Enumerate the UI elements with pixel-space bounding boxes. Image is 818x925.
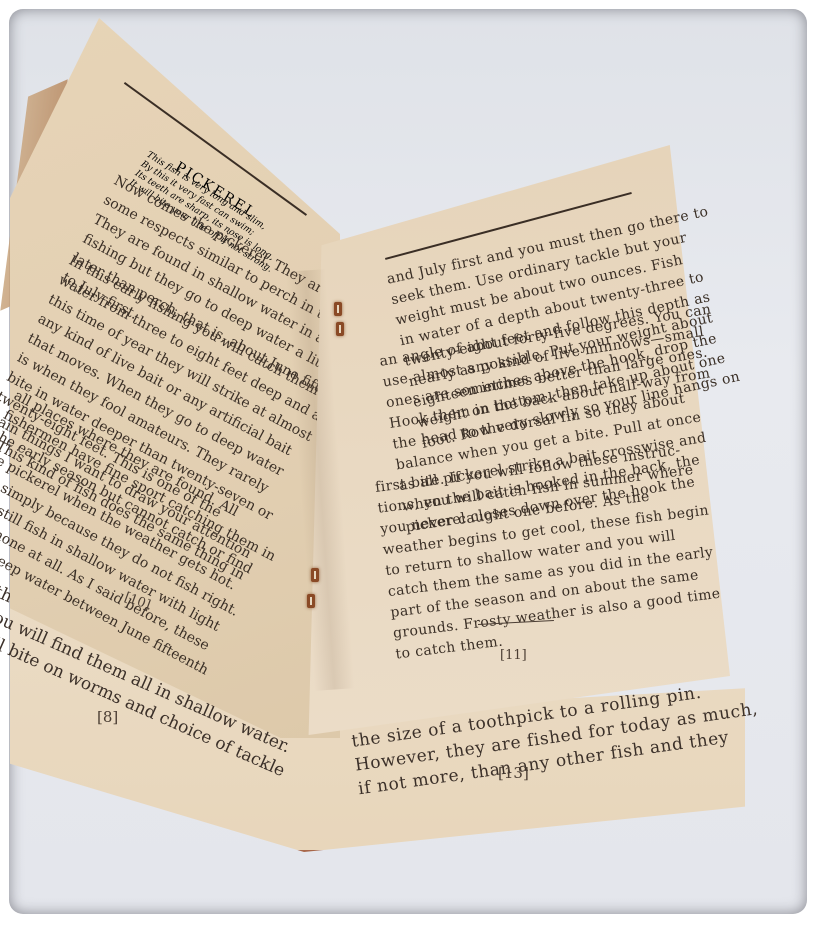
right-page-body: first bite. If you will follow these ins… — [374, 443, 685, 666]
frame-corner-decoration — [799, 906, 807, 914]
page-number-8: [8] — [97, 708, 118, 726]
staple-icon — [307, 594, 315, 608]
staple-icon — [334, 302, 342, 316]
staple-icon — [311, 568, 319, 582]
page-number-13: [13] — [498, 764, 529, 782]
frame-corner-decoration — [9, 9, 17, 17]
page-number-11: [11] — [500, 648, 527, 663]
staple-icon — [336, 322, 344, 336]
